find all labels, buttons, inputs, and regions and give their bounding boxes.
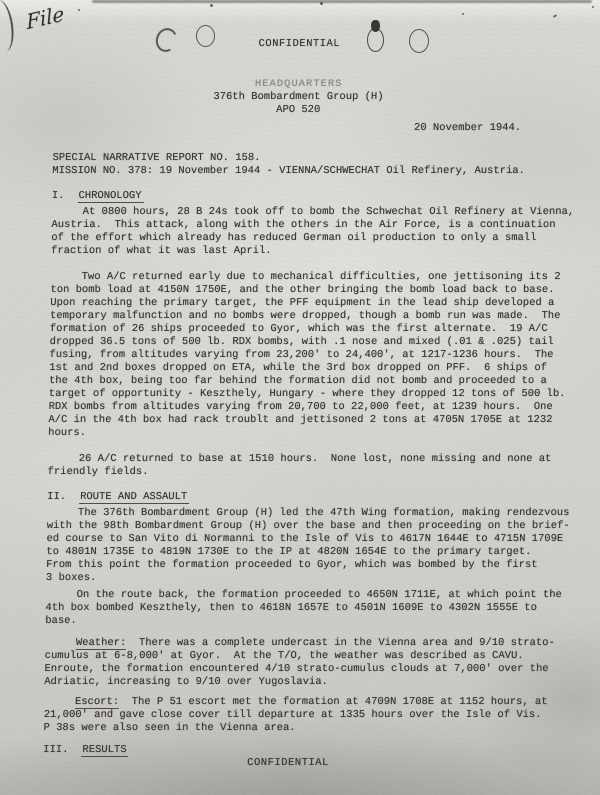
section-title: RESULTS xyxy=(81,744,128,757)
section-title: ROUTE AND ASSAULT xyxy=(79,491,189,504)
headquarters-line: HEADQUARTERS xyxy=(0,78,599,91)
section-number: I. xyxy=(52,190,65,202)
apo-line: APO 520 xyxy=(0,104,598,117)
section-heading-route-and-assault: II.ROUTE AND ASSAULT xyxy=(47,491,189,504)
chronology-paragraph-1: At 0800 hours, 28 B 24s took off to bomb… xyxy=(51,206,587,258)
section-number: III. xyxy=(43,744,68,756)
chronology-paragraph-3: 26 A/C returned to base at 1510 hours. N… xyxy=(47,453,582,479)
document-date: 20 November 1944. xyxy=(414,122,521,135)
weather-label: Weather: xyxy=(76,637,127,650)
route-paragraph-2: On the route back, the formation proceed… xyxy=(45,589,581,628)
section-title: CHRONOLOGY xyxy=(77,190,143,203)
typewritten-content: CONFIDENTIAL HEADQUARTERS 376th Bombardm… xyxy=(0,0,600,795)
letterhead: HEADQUARTERS 376th Bombardment Group (H)… xyxy=(0,78,599,117)
scanned-document-page: File CONFIDENTIAL HEADQUARTERS 376th Bom… xyxy=(0,0,600,795)
classification-header: CONFIDENTIAL xyxy=(0,38,599,51)
chronology-paragraph-2: Two A/C returned early due to mechanical… xyxy=(48,271,586,440)
section-heading-results: III.RESULTS xyxy=(43,744,129,757)
classification-footer: CONFIDENTIAL xyxy=(0,757,588,770)
section-heading-chronology: I.CHRONOLOGY xyxy=(52,190,144,203)
unit-line: 376th Bombardment Group (H) xyxy=(0,91,599,104)
escort-text: The P 51 escort met the formation at 470… xyxy=(43,696,547,734)
weather-paragraph: Weather: There was a complete undercast … xyxy=(44,637,580,689)
report-title-block: SPECIAL NARRATIVE REPORT NO. 158. MISSIO… xyxy=(52,152,525,178)
route-paragraph-1: The 376th Bombardment Group (H) led the … xyxy=(46,507,582,585)
escort-paragraph: Escort: The P 51 escort met the formatio… xyxy=(43,696,579,735)
escort-label: Escort: xyxy=(75,696,119,709)
report-title: SPECIAL NARRATIVE REPORT NO. 158. xyxy=(52,152,525,165)
mission-line: MISSION NO. 378: 19 November 1944 - VIEN… xyxy=(52,165,525,178)
section-number: II. xyxy=(47,491,66,503)
